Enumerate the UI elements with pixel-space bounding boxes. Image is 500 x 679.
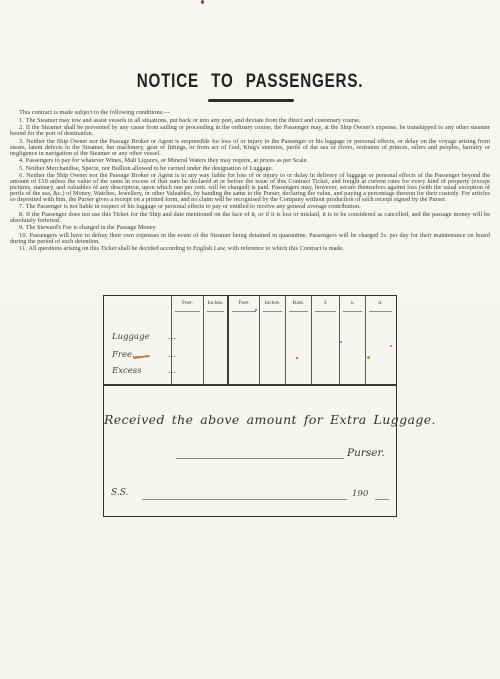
column-header: Inches. xyxy=(263,300,282,312)
row-label-dots: ... xyxy=(168,366,176,376)
condition-text: All questions arising on this Ticket sha… xyxy=(28,245,343,252)
table-column-feet-1: Feet. xyxy=(172,296,204,384)
condition-text: The Passenger is not liable in respect o… xyxy=(26,203,361,210)
condition-text: If the Passenger does not use this Ticke… xyxy=(10,211,490,224)
purser-signature-line xyxy=(176,458,344,459)
ink-speck xyxy=(201,0,204,4)
condition-text: Passengers to pay for whatever Wines, Ma… xyxy=(26,157,308,164)
condition-number: 9. xyxy=(19,224,24,231)
condition-number: 4. xyxy=(19,157,24,164)
column-header: s. xyxy=(343,300,362,312)
column-header: d. xyxy=(369,300,392,312)
condition-item: 4. Passengers to pay for whatever Wines,… xyxy=(10,158,490,164)
column-header-blank xyxy=(107,300,168,305)
condition-item: 3. Neither the Ship Owner nor the Passag… xyxy=(10,139,490,157)
table-column-pence: d. xyxy=(366,296,395,384)
condition-text: Passengers will have to defray their own… xyxy=(10,232,490,245)
condition-item: 1. The Steamer may tow and assist vessel… xyxy=(10,118,490,124)
row-label-dots: ... xyxy=(168,332,176,342)
year-prefix: 190 xyxy=(352,489,368,499)
table-column-pounds: £ xyxy=(312,296,340,384)
ink-speck xyxy=(340,341,342,343)
condition-number: 1. xyxy=(19,117,24,124)
condition-item: 2. If the Steamer shall be prevented by … xyxy=(10,125,490,137)
table-column-rate: Rate. xyxy=(286,296,312,384)
table-row-excess: Excess ... xyxy=(112,366,176,376)
condition-number: 7. xyxy=(19,203,24,210)
condition-text: The Steward's Fee is charged in the Pass… xyxy=(26,224,157,231)
condition-item: 11. All questions arising on this Ticket… xyxy=(10,246,490,252)
ink-speck xyxy=(367,356,370,359)
column-header: Rate. xyxy=(289,300,308,312)
condition-text: The Steamer may tow and assist vessels i… xyxy=(26,117,361,124)
condition-number: 5. xyxy=(19,165,24,172)
column-header: £ xyxy=(315,300,336,312)
condition-item: 8. If the Passenger does not use this Ti… xyxy=(10,212,490,224)
column-header: Feet. xyxy=(232,300,256,312)
received-amount-line: Received the above amount for Extra Lugg… xyxy=(104,412,396,427)
title-underline-rule xyxy=(208,99,294,102)
table-row-luggage: Luggage ... xyxy=(112,332,176,342)
row-label-text: Luggage xyxy=(112,332,150,342)
purser-label: Purser. xyxy=(347,447,385,459)
document-page: NOTICE TO PASSENGERS. This contract is m… xyxy=(0,0,500,679)
page-title: NOTICE TO PASSENGERS. xyxy=(50,71,450,93)
condition-item: 9. The Steward's Fee is charged in the P… xyxy=(10,225,490,231)
table-column-shillings: s. xyxy=(340,296,366,384)
ink-speck xyxy=(390,345,392,347)
condition-item: 6. Neither the Ship Owner nor the Passag… xyxy=(10,173,490,203)
condition-text: If the Steamer shall be prevented by any… xyxy=(10,124,490,137)
condition-text: Neither Merchandise, Specie, nor Bullion… xyxy=(26,165,273,172)
column-header: Feet. xyxy=(175,300,200,312)
column-header: Inches. xyxy=(207,300,224,312)
table-column-inches-2: Inches. xyxy=(260,296,286,384)
condition-item: 7. The Passenger is not liable in respec… xyxy=(10,204,490,210)
condition-item: 10. Passengers will have to defray their… xyxy=(10,233,490,245)
luggage-receipt-box: Feet. Inches. Feet. Inches. Rate. £ s. d… xyxy=(103,295,397,517)
year-line xyxy=(375,499,389,500)
row-label-dots: ... xyxy=(168,350,176,360)
ink-speck xyxy=(255,309,257,311)
ink-speck xyxy=(296,357,298,359)
conditions-text-block: This contract is made subject to the fol… xyxy=(10,110,490,253)
ship-name-line xyxy=(142,499,347,500)
condition-text: Neither the Ship Owner nor the Passage B… xyxy=(10,172,490,203)
row-label-text: Excess xyxy=(112,366,142,376)
condition-text: Neither the Ship Owner nor the Passage B… xyxy=(10,138,490,157)
condition-number: 11. xyxy=(19,245,27,252)
table-column-inches-1: Inches. xyxy=(204,296,229,384)
intro-line: This contract is made subject to the fol… xyxy=(10,110,490,116)
condition-item: 5. Neither Merchandise, Specie, nor Bull… xyxy=(10,166,490,172)
table-bottom-rule xyxy=(103,384,397,386)
ship-name-prefix: S.S. xyxy=(111,488,128,498)
